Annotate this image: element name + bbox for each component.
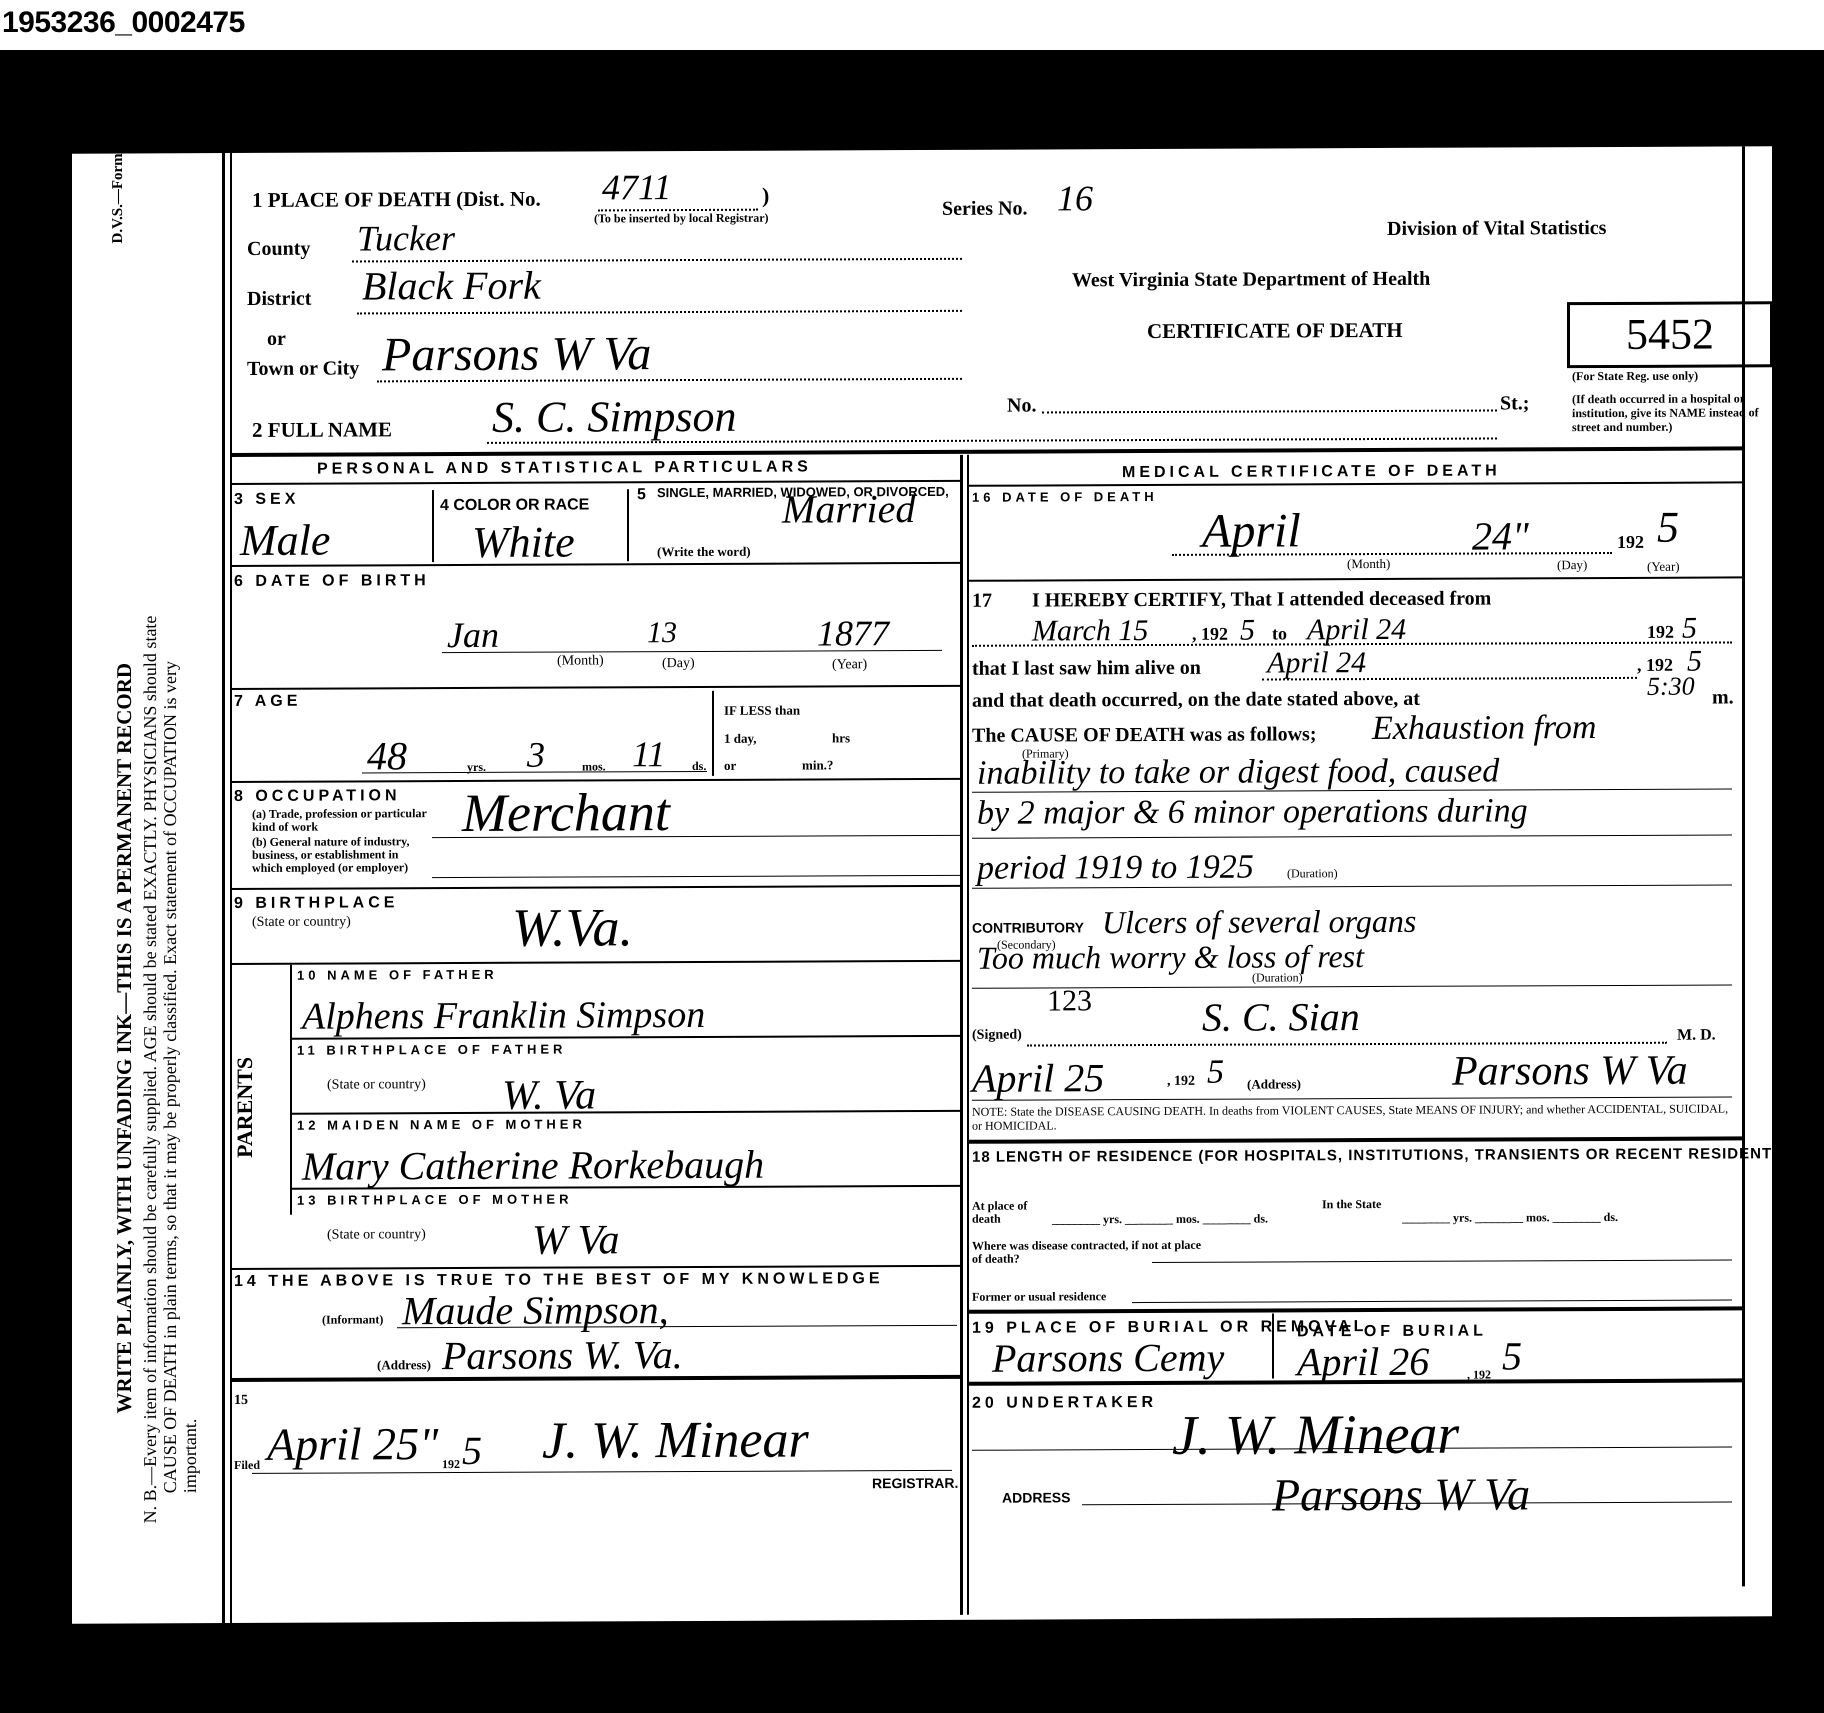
mother-birthplace-value: W Va <box>532 1216 620 1264</box>
occupation-b-line <box>432 875 960 878</box>
filed-caption: Filed <box>234 1458 260 1473</box>
dod-year: 5 <box>1657 502 1679 553</box>
number-123: 123 <box>1047 984 1092 1018</box>
age-months: 3 <box>527 734 545 776</box>
cause-line-4: period 1919 to 1925 <box>977 849 1254 888</box>
undertaker-label: 20 UNDERTAKER <box>972 1394 1157 1413</box>
duration-caption-1: (Duration) <box>1287 866 1338 881</box>
registrar-line <box>252 1470 952 1474</box>
series-label: Series No. <box>942 198 1028 221</box>
cert-note: (For State Reg. use only) <box>1572 369 1698 385</box>
last-saw-date: April 24 <box>1267 646 1366 680</box>
signed-year: 5 <box>1207 1054 1224 1092</box>
district-label: District <box>247 288 311 311</box>
dod-month-caption: (Month) <box>1347 556 1390 572</box>
town-value: Parsons W Va <box>382 326 651 382</box>
burial-divider <box>1272 1313 1274 1378</box>
physician-address-caption: (Address) <box>1247 1076 1301 1092</box>
certify-num: 17 <box>972 590 992 613</box>
nb-line-1: N. B.—Every item of information should b… <box>140 616 161 1524</box>
marital-note: (Write the word) <box>657 544 751 560</box>
address-label: ADDRESS <box>1002 1489 1070 1505</box>
occurred-text: and that death occurred, on the date sta… <box>972 688 1420 713</box>
signed-date: April 25 <box>972 1054 1104 1102</box>
header-divider <box>230 446 1742 457</box>
where-contracted-line <box>1152 1259 1732 1263</box>
burial-place-value: Parsons Cemy <box>992 1334 1224 1382</box>
registrar-signature: J. W. Minear <box>542 1410 809 1470</box>
residence-label: 18 LENGTH OF RESIDENCE (FOR HOSPITALS, I… <box>972 1146 1732 1165</box>
contributory-line-2: Too much worry & loss of rest <box>977 938 1364 977</box>
dob-month: Jan <box>447 614 499 656</box>
signed-caption: (Signed) <box>972 1028 1022 1044</box>
race-marital-divider <box>627 489 629 561</box>
or-label: or <box>267 328 286 351</box>
min-label: min.? <box>802 757 833 773</box>
county-label: County <box>247 238 310 261</box>
registrar-caption: REGISTRAR. <box>872 1475 958 1491</box>
dob-year: 1877 <box>817 612 889 654</box>
column-divider <box>960 455 963 1615</box>
nb-line-2: CAUSE OF DEATH in plain terms, so that i… <box>160 661 181 1493</box>
full-name-label: 2 FULL NAME <box>252 417 392 443</box>
certificate-title: CERTIFICATE OF DEATH <box>1147 318 1403 344</box>
dod-year-prefix: 192 <box>1617 532 1644 553</box>
in-state-label: In the State <box>1322 1198 1402 1211</box>
parents-divider <box>290 965 292 1215</box>
former-residence-label: Former or usual residence <box>972 1289 1106 1305</box>
occupation-value: Merchant <box>462 781 670 844</box>
burial-date-value: April 26 <box>1297 1338 1429 1386</box>
if-less-label: IF LESS than <box>724 703 800 719</box>
street-label: St.; <box>1500 392 1529 415</box>
birthplace-note: (State or country) <box>252 914 351 930</box>
marital-num: 5 <box>637 486 646 504</box>
attended-from-year-prefix: , 192 <box>1192 624 1228 645</box>
district-value: Black Fork <box>362 262 541 310</box>
last-saw-text: that I last saw him alive on <box>972 657 1201 681</box>
dod-label: 16 DATE OF DEATH <box>972 489 1158 505</box>
father-label: 10 NAME OF FATHER <box>297 967 498 983</box>
birthplace-label: 9 BIRTHPLACE <box>234 894 398 913</box>
race-value: White <box>472 517 575 568</box>
form-id: D.V.S.—Form 2 <box>110 142 127 243</box>
med-divider-1 <box>967 576 1742 581</box>
marital-value: Married <box>782 485 915 533</box>
dod-day-caption: (Day) <box>1557 557 1587 573</box>
at-place-label: At place of death <box>972 1199 1052 1225</box>
frame-left <box>222 153 225 1623</box>
image-id: 1953236_0002475 <box>2 6 245 40</box>
burial-year-value: 5 <box>1502 1332 1522 1379</box>
attended-to-year: 5 <box>1682 612 1697 646</box>
county-value: Tucker <box>357 217 455 259</box>
attended-from-year: 5 <box>1240 614 1255 648</box>
dist-note: (To be inserted by local Registrar) <box>594 211 769 227</box>
occupation-label: 8 OCCUPATION <box>234 787 401 806</box>
item-15-label: 15 <box>234 1393 248 1409</box>
street-line <box>1042 409 1497 413</box>
one-day-label: 1 day, <box>724 731 757 747</box>
former-residence-line <box>1132 1299 1732 1303</box>
father-value: Alphens Franklin Simpson <box>302 993 705 1039</box>
dod-year-caption: (Year) <box>1647 559 1680 575</box>
cause-line-2: inability to take or digest food, caused <box>977 752 1499 792</box>
sex-value: Male <box>240 515 330 566</box>
dod-month: April <box>1202 503 1301 558</box>
birthplace-value: W.Va. <box>512 896 633 959</box>
certify-text: I HEREBY CERTIFY, That I attended deceas… <box>1032 588 1491 613</box>
sex-label: 3 SEX <box>234 491 299 509</box>
row-divider-5 <box>230 960 960 965</box>
personal-section-title: PERSONAL AND STATISTICAL PARTICULARS <box>317 458 812 478</box>
column-divider-inner <box>967 455 969 1615</box>
parents-label: PARENTS <box>232 1057 258 1158</box>
filed-year-prefix: 192 <box>442 1457 460 1472</box>
informant-address-value: Parsons W. Va. <box>442 1331 683 1379</box>
dob-day: 13 <box>647 616 677 650</box>
signed-line <box>1027 1042 1667 1047</box>
full-name-value: S. C. Simpson <box>492 391 736 443</box>
physician-signature: S. C. Sian <box>1202 993 1360 1041</box>
filed-date: April 25" <box>267 1417 438 1471</box>
med-divider-3 <box>967 1306 1742 1313</box>
place-of-death-label: 1 PLACE OF DEATH (Dist. No. <box>252 187 541 213</box>
cause-rule-3 <box>972 834 1732 838</box>
mother-birthplace-note: (State or country) <box>327 1227 426 1243</box>
father-birthplace-note: (State or country) <box>327 1077 426 1093</box>
medical-section-title: MEDICAL CERTIFICATE OF DEATH <box>1122 462 1501 482</box>
mother-value: Mary Catherine Rorkebaugh <box>302 1141 764 1190</box>
father-birthplace-label: 11 BIRTHPLACE OF FATHER <box>297 1042 477 1059</box>
district-line <box>357 310 962 315</box>
filed-year: 5 <box>462 1427 482 1474</box>
row-divider-9 <box>230 1265 960 1270</box>
certificate-number: 5452 <box>1567 301 1773 368</box>
note-text: NOTE: State the DISEASE CAUSING DEATH. I… <box>972 1101 1732 1132</box>
row-divider-1 <box>230 562 960 567</box>
attended-to-year-prefix: 192 <box>1647 622 1674 643</box>
death-certificate: WRITE PLAINLY, WITH UNFADING INK—THIS IS… <box>72 146 1772 1623</box>
row-divider-2 <box>230 685 960 690</box>
dob-day-caption: (Day) <box>662 656 695 672</box>
hospital-note: (If death occurred in a hospital or inst… <box>1572 391 1762 434</box>
at-place-units: ________ yrs. ________ mos. ________ ds. <box>1052 1211 1268 1227</box>
nb-line-3: important. <box>180 1419 201 1494</box>
last-saw-line <box>1262 677 1637 681</box>
occupation-a-label: (a) Trade, profession or particular kind… <box>252 807 432 834</box>
department-title: West Virginia State Department of Health <box>1072 268 1430 293</box>
med-divider-2 <box>967 1136 1742 1143</box>
death-time: 5:30 <box>1647 672 1695 702</box>
division-title: Division of Vital Statistics <box>1387 217 1606 241</box>
race-label: 4 COLOR OR RACE <box>440 496 589 515</box>
town-label: Town or City <box>247 357 359 380</box>
cause-text: The CAUSE OF DEATH was as follows; <box>972 723 1316 748</box>
or-min-label: or <box>724 758 736 774</box>
mother-label: 12 MAIDEN NAME OF MOTHER <box>297 1117 477 1134</box>
to-label: to <box>1272 623 1287 644</box>
age-days: 11 <box>632 733 665 775</box>
sex-race-divider <box>432 490 434 562</box>
dob-year-caption: (Year) <box>832 657 867 673</box>
contributory-line-1: Ulcers of several organs <box>1102 903 1416 941</box>
physician-address: Parsons W Va <box>1452 1047 1688 1096</box>
mother-birthplace-label: 13 BIRTHPLACE OF MOTHER <box>297 1192 477 1209</box>
cause-line-1: Exhaustion from <box>1372 709 1596 748</box>
in-state-units: ________ yrs. ________ mos. ________ ds. <box>1402 1210 1618 1226</box>
row-divider-10 <box>230 1375 960 1382</box>
duration-caption-2: (Duration) <box>1252 970 1303 985</box>
md-label: M. D. <box>1677 1027 1716 1045</box>
undertaker-value: J. W. Minear <box>1172 1403 1459 1468</box>
dob-month-caption: (Month) <box>557 653 604 669</box>
row-divider-7 <box>290 1110 960 1115</box>
informant-address-caption: (Address) <box>377 1357 431 1373</box>
medical-title-underline <box>967 481 1742 486</box>
age-label: 7 AGE <box>234 693 301 711</box>
age-if-less-divider <box>712 691 714 776</box>
series-no: 16 <box>1057 177 1093 219</box>
undertaker-address: Parsons W Va <box>1272 1467 1530 1521</box>
contributory-label: CONTRIBUTORY <box>972 919 1084 935</box>
m-label: m. <box>1712 686 1734 709</box>
informant-caption: (Informant) <box>322 1312 383 1327</box>
dist-no: 4711 <box>602 166 671 208</box>
signed-year-prefix: , 192 <box>1167 1074 1195 1090</box>
cause-line-3: by 2 major & 6 minor operations during <box>977 792 1528 832</box>
hrs-label: hrs <box>832 730 850 746</box>
street-no-label: No. <box>1007 395 1036 418</box>
occupation-b-label: (b) General nature of industry, business… <box>252 835 432 875</box>
image-header-bar: 1953236_0002475 <box>0 0 1824 50</box>
row-divider-4 <box>230 885 960 890</box>
permanent-record-notice: WRITE PLAINLY, WITH UNFADING INK—THIS IS… <box>112 663 137 1414</box>
dist-close-paren: ) <box>762 183 769 209</box>
dob-label: 6 DATE OF BIRTH <box>234 572 430 591</box>
marital-label: SINGLE, MARRIED, WIDOWED, OR DIVORCED, <box>657 486 767 500</box>
